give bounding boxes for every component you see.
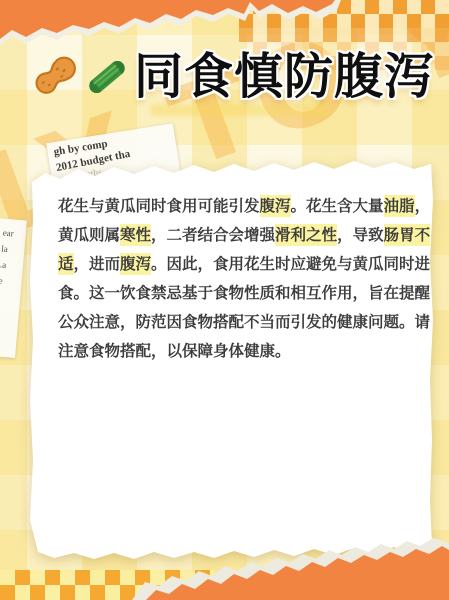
body-text: 黄瓜则属 [58,226,120,244]
highlighted-text: 油脂 [384,195,415,217]
body-text: 食。这一饮食禁忌基于食物性质和相互作用，旨在提醒 [58,284,430,302]
torn-paper-bottom [0,528,449,600]
card-text-line: 公众注意，防范因食物搭配不当而引发的健康问题。请 [58,308,438,337]
body-text: 公众注意，防范因食物搭配不当而引发的健康问题。请 [58,313,430,331]
highlighted-text: 滑利之性 [275,224,337,246]
highlighted-text: 腹泻 [120,253,151,275]
highlighted-text: 肠胃不 [384,224,431,246]
card-text-line: 食。这一饮食禁忌基于食物性质和相互作用，旨在提醒 [58,279,438,308]
card-text-line: 黄瓜则属寒性，二者结合会增强滑利之性，导致肠胃不 [58,221,438,250]
card-text-line: 注意食物搭配，以保障身体健康。 [58,337,438,366]
poster: LY TO YOU [0,0,449,600]
body-text: 花生与黄瓜同时食用可能引发 [58,197,260,215]
body-text: 。花生含大量 [291,197,384,215]
body-text: 注意食物搭配，以保障身体健康。 [58,342,291,360]
body-text: ，进而 [74,255,121,273]
body-text: ，导致 [337,226,384,244]
card-text: 花生与黄瓜同时食用可能引发腹泻。花生含大量油脂，黄瓜则属寒性，二者结合会增强滑利… [58,192,438,366]
highlighted-text: 腹泻 [260,195,291,217]
body-text: 。因此，食用花生时应避免与黄瓜同时进 [151,255,430,273]
body-text: ， [415,197,431,215]
body-text: ，二者结合会增强 [151,226,275,244]
highlighted-text: 寒性 [120,224,151,246]
card-text-line: 适，进而腹泻。因此，食用花生时应避免与黄瓜同时进 [58,250,438,279]
card-text-line: 花生与黄瓜同时食用可能引发腹泻。花生含大量油脂， [58,192,438,221]
highlighted-text: 适 [58,253,74,275]
